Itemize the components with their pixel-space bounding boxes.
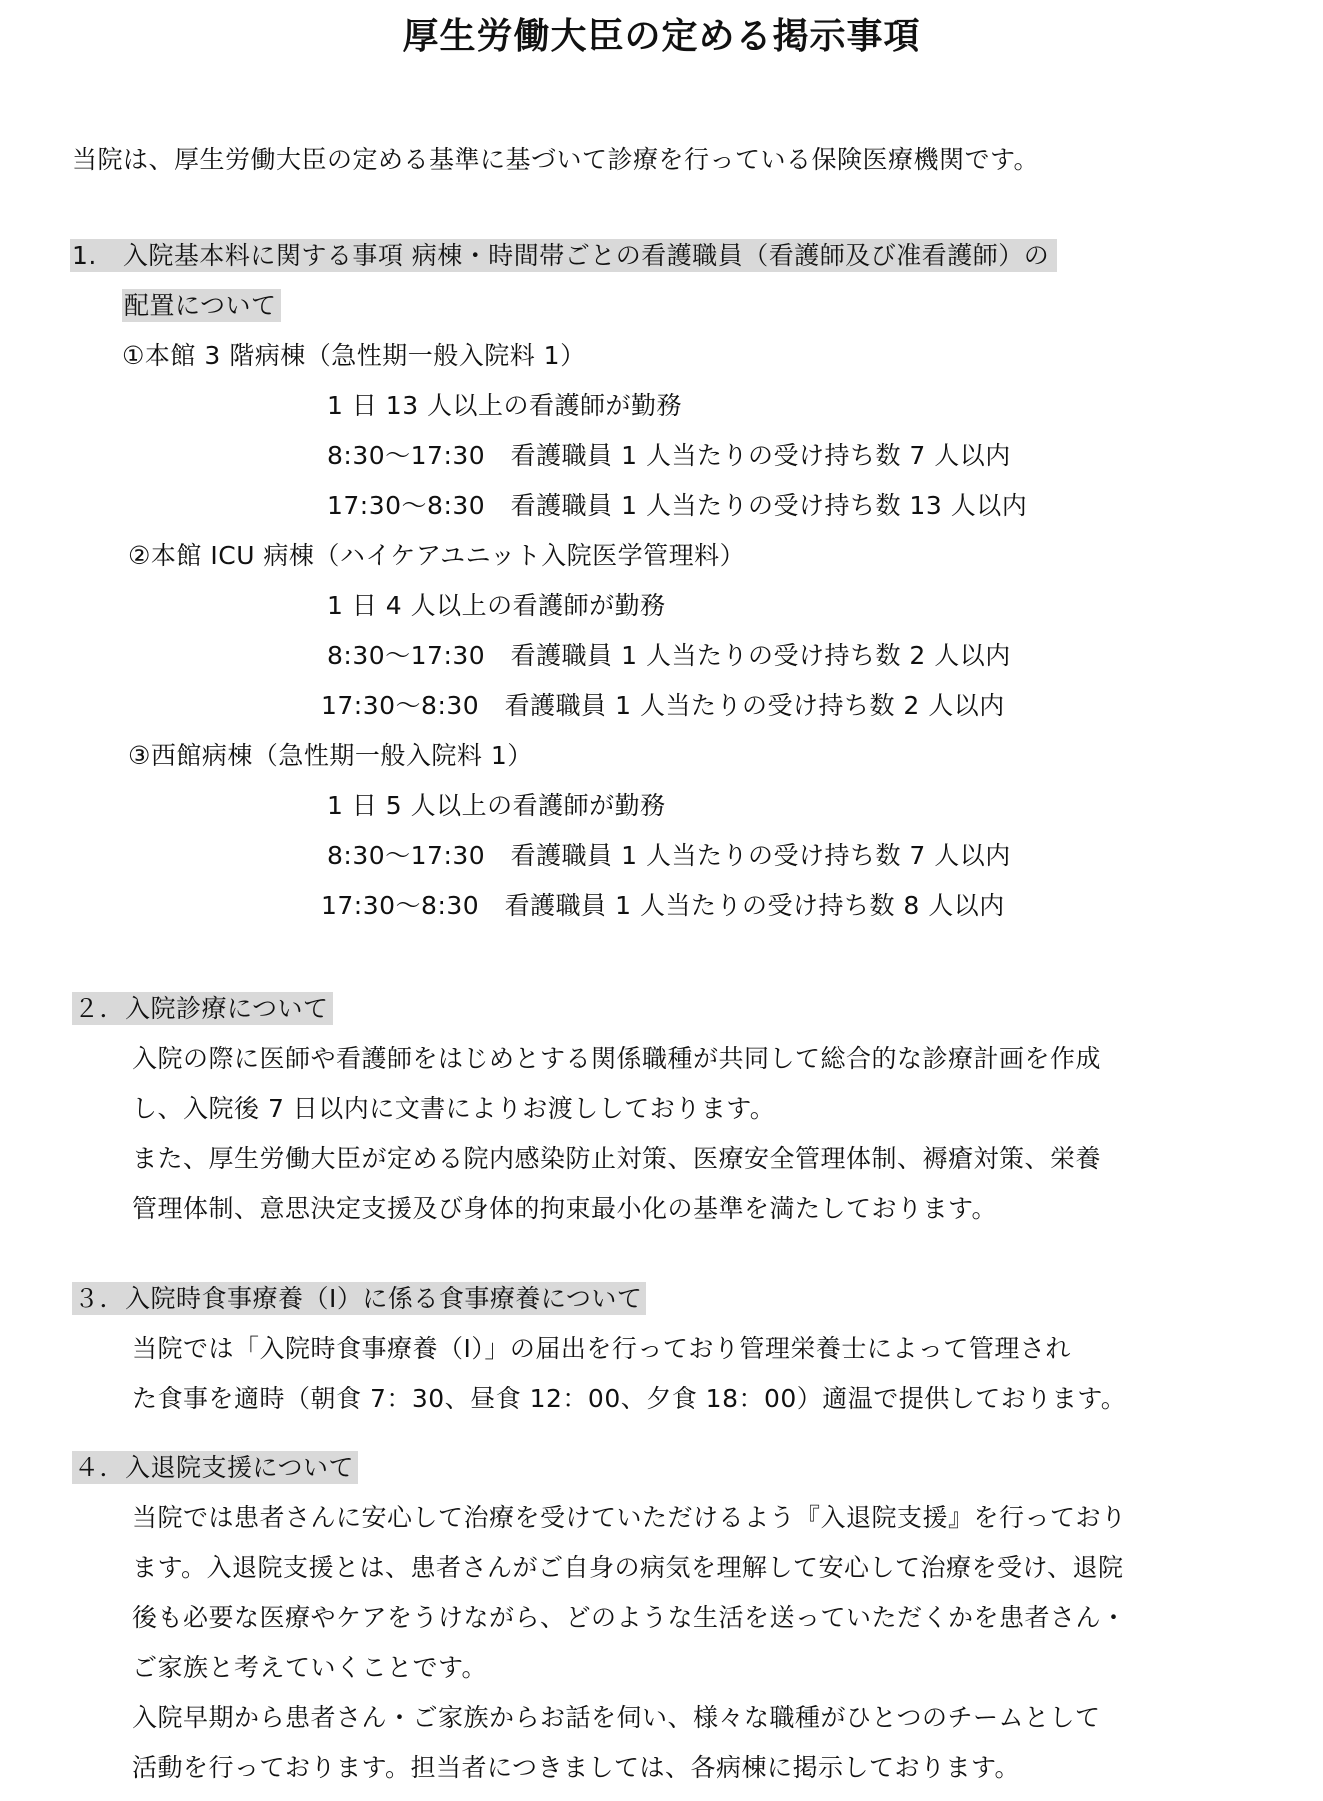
section-4-heading: ４．入退院支援について [72, 1451, 358, 1485]
ward-1-line-3: 17:30～8:30 看護職員 1 人当たりの受け持ち数 13 人以内 [327, 489, 1027, 523]
section-4-body-line-5: 入院早期から患者さん・ご家族からお話を伺い、様々な職種がひとつのチームとして [132, 1701, 1101, 1735]
ward-1-line-1: 1 日 13 人以上の看護師が勤務 [327, 389, 682, 423]
notice-document: 厚生労働大臣の定める掲示事項 当院は、厚生労働大臣の定める基準に基づいて診療を行… [0, 0, 1323, 1801]
ward-3-line-1: 1 日 5 人以上の看護師が勤務 [327, 789, 666, 823]
ward-2-line-2: 8:30～17:30 看護職員 1 人当たりの受け持ち数 2 人以内 [327, 639, 1011, 673]
section-3-body-line-1: 当院では「入院時食事療養（Ⅰ）」の届出を行っており管理栄養士によって管理され [132, 1332, 1071, 1366]
ward-3-name: ③西館病棟（急性期一般入院料 1） [128, 739, 533, 773]
ward-3-line-3: 17:30～8:30 看護職員 1 人当たりの受け持ち数 8 人以内 [321, 889, 1005, 923]
section-3-heading: ３．入院時食事療養（Ⅰ）に係る食事療養について [72, 1282, 646, 1316]
section-4-body-line-1: 当院では患者さんに安心して治療を受けていただけるよう『入退院支援』を行っており [132, 1501, 1127, 1535]
section-2-body-line-3: また、厚生労働大臣が定める院内感染防止対策、医療安全管理体制、褥瘡対策、栄養 [132, 1142, 1101, 1176]
section-2-body-line-1: 入院の際に医師や看護師をはじめとする関係職種が共同して総合的な診療計画を作成 [132, 1042, 1101, 1076]
section-4-body-line-3: 後も必要な医療やケアをうけながら、どのような生活を送っていただくかを患者さん・ [132, 1601, 1127, 1635]
section-1-heading-highlight: 1.入院基本料に関する事項 病棟・時間帯ごとの看護職員（看護師及び准看護師）の [70, 239, 1057, 272]
section-2-heading: ２．入院診療について [72, 992, 333, 1026]
ward-3-line-2: 8:30～17:30 看護職員 1 人当たりの受け持ち数 7 人以内 [327, 839, 1011, 873]
ward-2-line-1: 1 日 4 人以上の看護師が勤務 [327, 589, 666, 623]
section-3-body-line-2: た食事を適時（朝食 7：30、昼食 12：00、夕食 18：00）適温で提供して… [132, 1382, 1126, 1416]
intro-text: 当院は、厚生労働大臣の定める基準に基づいて診療を行っている保険医療機関です。 [72, 143, 1039, 177]
section-4-body-line-2: ます。入退院支援とは、患者さんがご自身の病気を理解して安心して治療を受け、退院 [132, 1551, 1124, 1585]
section-1-heading-text: 入院基本料に関する事項 病棟・時間帯ごとの看護職員（看護師及び准看護師）の [123, 241, 1049, 270]
section-2-body-line-4: 管理体制、意思決定支援及び身体的拘束最小化の基準を満たしております。 [132, 1192, 997, 1226]
ward-2-line-3: 17:30～8:30 看護職員 1 人当たりの受け持ち数 2 人以内 [321, 689, 1005, 723]
section-1-heading-line2: 配置について [122, 289, 281, 323]
ward-1-name: ①本館 3 階病棟（急性期一般入院料 1） [122, 339, 586, 373]
section-4-body-line-4: ご家族と考えていくことです。 [132, 1651, 487, 1685]
section-2-body-line-2: し、入院後 7 日以内に文書によりお渡ししております。 [132, 1092, 775, 1126]
document-title: 厚生労働大臣の定める掲示事項 [0, 12, 1323, 62]
ward-1-line-2: 8:30～17:30 看護職員 1 人当たりの受け持ち数 7 人以内 [327, 439, 1011, 473]
section-4-body-line-6: 活動を行っております。担当者につきましては、各病棟に掲示しております。 [132, 1751, 1020, 1785]
section-1-heading-line1: 1.入院基本料に関する事項 病棟・時間帯ごとの看護職員（看護師及び准看護師）の [70, 239, 1057, 273]
ward-2-name: ②本館 ICU 病棟（ハイケアユニット入院医学管理料） [128, 539, 745, 573]
section-1-number: 1. [72, 241, 97, 270]
